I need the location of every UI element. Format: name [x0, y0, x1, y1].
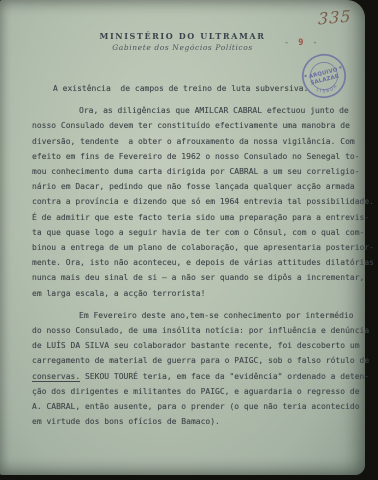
typewritten-line: É de admitir que este facto teria sido u… [32, 210, 366, 225]
typewritten-line: mou conhecimento duma carta dirigida por… [32, 164, 366, 179]
page-number-dash-right: - [313, 38, 320, 48]
typewritten-line: nário em Dacar, pedindo que não fosse la… [32, 179, 366, 194]
handwritten-archive-number: 335 [318, 6, 352, 28]
typewritten-line: contra a província e dizendo que só em 1… [32, 194, 366, 209]
typewritten-line: efeito em fins de Fevereiro de 1962 o no… [32, 149, 366, 164]
document-body: A existência de campos de treino de luta… [32, 81, 366, 436]
document-page: MINISTÉRIO DO ULTRAMAR Gabinete dos Negó… [0, 0, 365, 475]
typewritten-line: conservas. SEKOU TOURÉ teria, em face da… [32, 369, 366, 384]
typewritten-line: A. CABRAL, então ausente, para o prender… [32, 399, 366, 414]
typewritten-line: em virtude dos bons ofícios de Bamaco). [32, 414, 366, 429]
page-number-dash-left: - [284, 38, 291, 48]
typewritten-line: carregamento de material de guerra para … [32, 353, 366, 368]
paragraph: Em Fevereiro deste ano,tem-se conhecimen… [32, 308, 366, 430]
typewritten-line: mente. Ora, isto não aconteceu, e depois… [32, 255, 366, 270]
paragraph: Ora, as diligências que AMILCAR CABRAL e… [32, 103, 366, 301]
page-number: - 9 - [284, 38, 320, 48]
typewritten-line: ta que quase logo a seguir havia de ter … [32, 225, 366, 240]
typewritten-line: nunca mais deu sinal de si — a não ser q… [32, 270, 366, 285]
typewritten-line: ção dos dirigentes e militantes do PAIGC… [32, 384, 366, 399]
page-number-value: 9 [298, 38, 305, 48]
typewritten-line: Ora, as diligências que AMILCAR CABRAL e… [32, 103, 366, 118]
typewritten-line: diversão, tendente a obter o afrouxament… [32, 134, 366, 149]
typewritten-line: em larga escala, a acção terrorista! [32, 286, 366, 301]
typewritten-line: nosso Consulado devem ter constituído ef… [32, 118, 366, 133]
typewritten-line: de LUÍS DA SILVA seu colaborador bastant… [32, 338, 366, 353]
typewritten-line: do nosso Consulado, de uma insólita notí… [32, 323, 366, 338]
paragraph: A existência de campos de treino de luta… [32, 81, 366, 96]
typewritten-line: A existência de campos de treino de luta… [32, 81, 366, 96]
typewritten-line: Em Fevereiro deste ano,tem-se conhecimen… [32, 308, 366, 323]
document-photo: MINISTÉRIO DO ULTRAMAR Gabinete dos Negó… [0, 0, 378, 480]
typewritten-line: binou a entrega de um plano de colaboraç… [32, 240, 366, 255]
